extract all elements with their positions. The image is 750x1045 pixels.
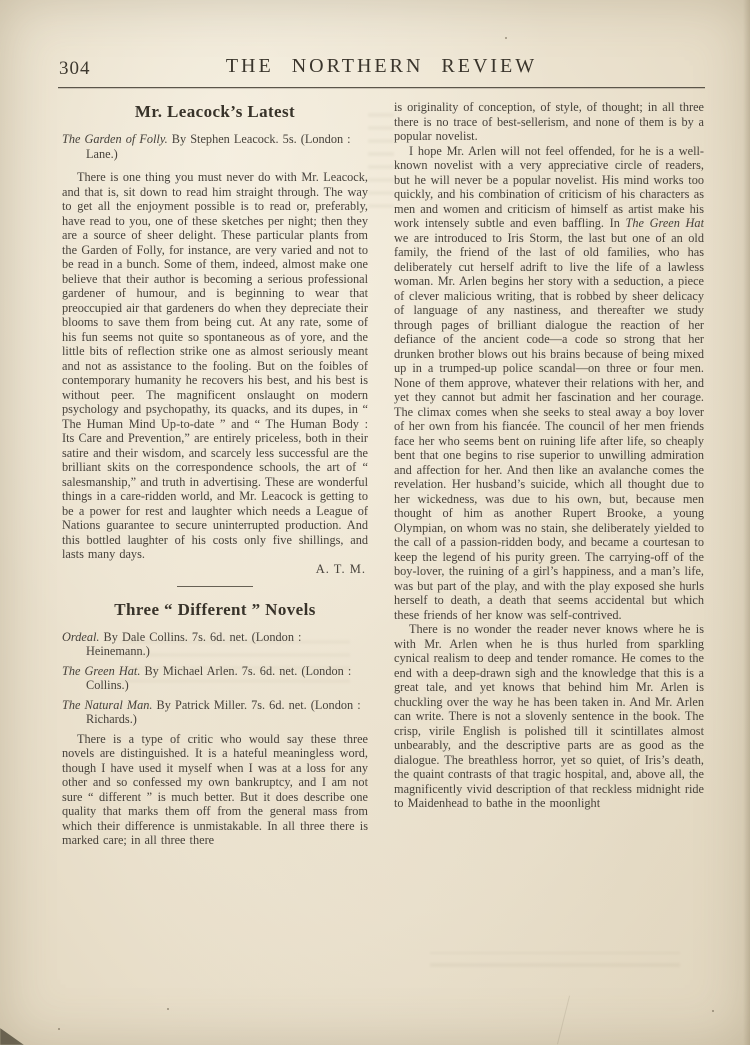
dust-speck xyxy=(58,1028,60,1030)
book-title: The Natural Man. xyxy=(62,698,152,712)
journal-title: THE NORTHERN REVIEW xyxy=(58,55,705,78)
left-column: Mr. Leacock’s Latest The Garden of Folly… xyxy=(62,100,368,985)
article-title-three-novels: Three “ Different ” Novels xyxy=(62,600,368,620)
scanned-page: 304 THE NORTHERN REVIEW Mr. Leacock’s La… xyxy=(0,0,750,1045)
scan-edge-shadow xyxy=(743,0,750,1045)
header-rule xyxy=(58,87,705,88)
citation-details: By Dale Collins. 7s. 6d. net. (London : … xyxy=(86,630,301,659)
review-paragraph-arlen-style: There is no wonder the reader never know… xyxy=(394,622,704,811)
review-paragraph-novels-left: There is a type of critic who would say … xyxy=(62,732,368,848)
right-column: is originality of conception, of style, … xyxy=(394,100,704,985)
dust-speck xyxy=(167,1008,169,1010)
book-title: The Green Hat. xyxy=(62,664,140,678)
reviewer-initials: A. T. M. xyxy=(62,562,368,577)
paper-crease xyxy=(557,996,570,1045)
book-title-green-hat-inline: The Green Hat xyxy=(626,216,704,230)
review-paragraph-continuation: is originality of conception, of style, … xyxy=(394,100,704,144)
dust-speck xyxy=(712,1010,714,1012)
article-separator-rule xyxy=(177,586,253,587)
ink-bleedthrough xyxy=(368,112,394,217)
review-paragraph-arlen: I hope Mr. Arlen will not feel offended,… xyxy=(394,144,704,623)
review-paragraph-leacock: There is one thing you must never do wit… xyxy=(62,170,368,562)
page-corner-shadow xyxy=(0,1028,24,1045)
paragraph-text: we are introduced to Iris Storm, the las… xyxy=(394,231,704,622)
book-citation-ordeal: Ordeal. By Dale Collins. 7s. 6d. net. (L… xyxy=(62,630,368,659)
book-citation-green-hat: The Green Hat. By Michael Arlen. 7s. 6d.… xyxy=(62,664,368,693)
book-citation-garden-of-folly: The Garden of Folly. By Stephen Leacock.… xyxy=(62,132,368,161)
book-title: The Garden of Folly. xyxy=(62,132,168,146)
dust-speck xyxy=(505,37,507,39)
article-title-leacock: Mr. Leacock’s Latest xyxy=(62,102,368,122)
book-citation-natural-man: The Natural Man. By Patrick Miller. 7s. … xyxy=(62,698,368,727)
book-title: Ordeal. xyxy=(62,630,99,644)
